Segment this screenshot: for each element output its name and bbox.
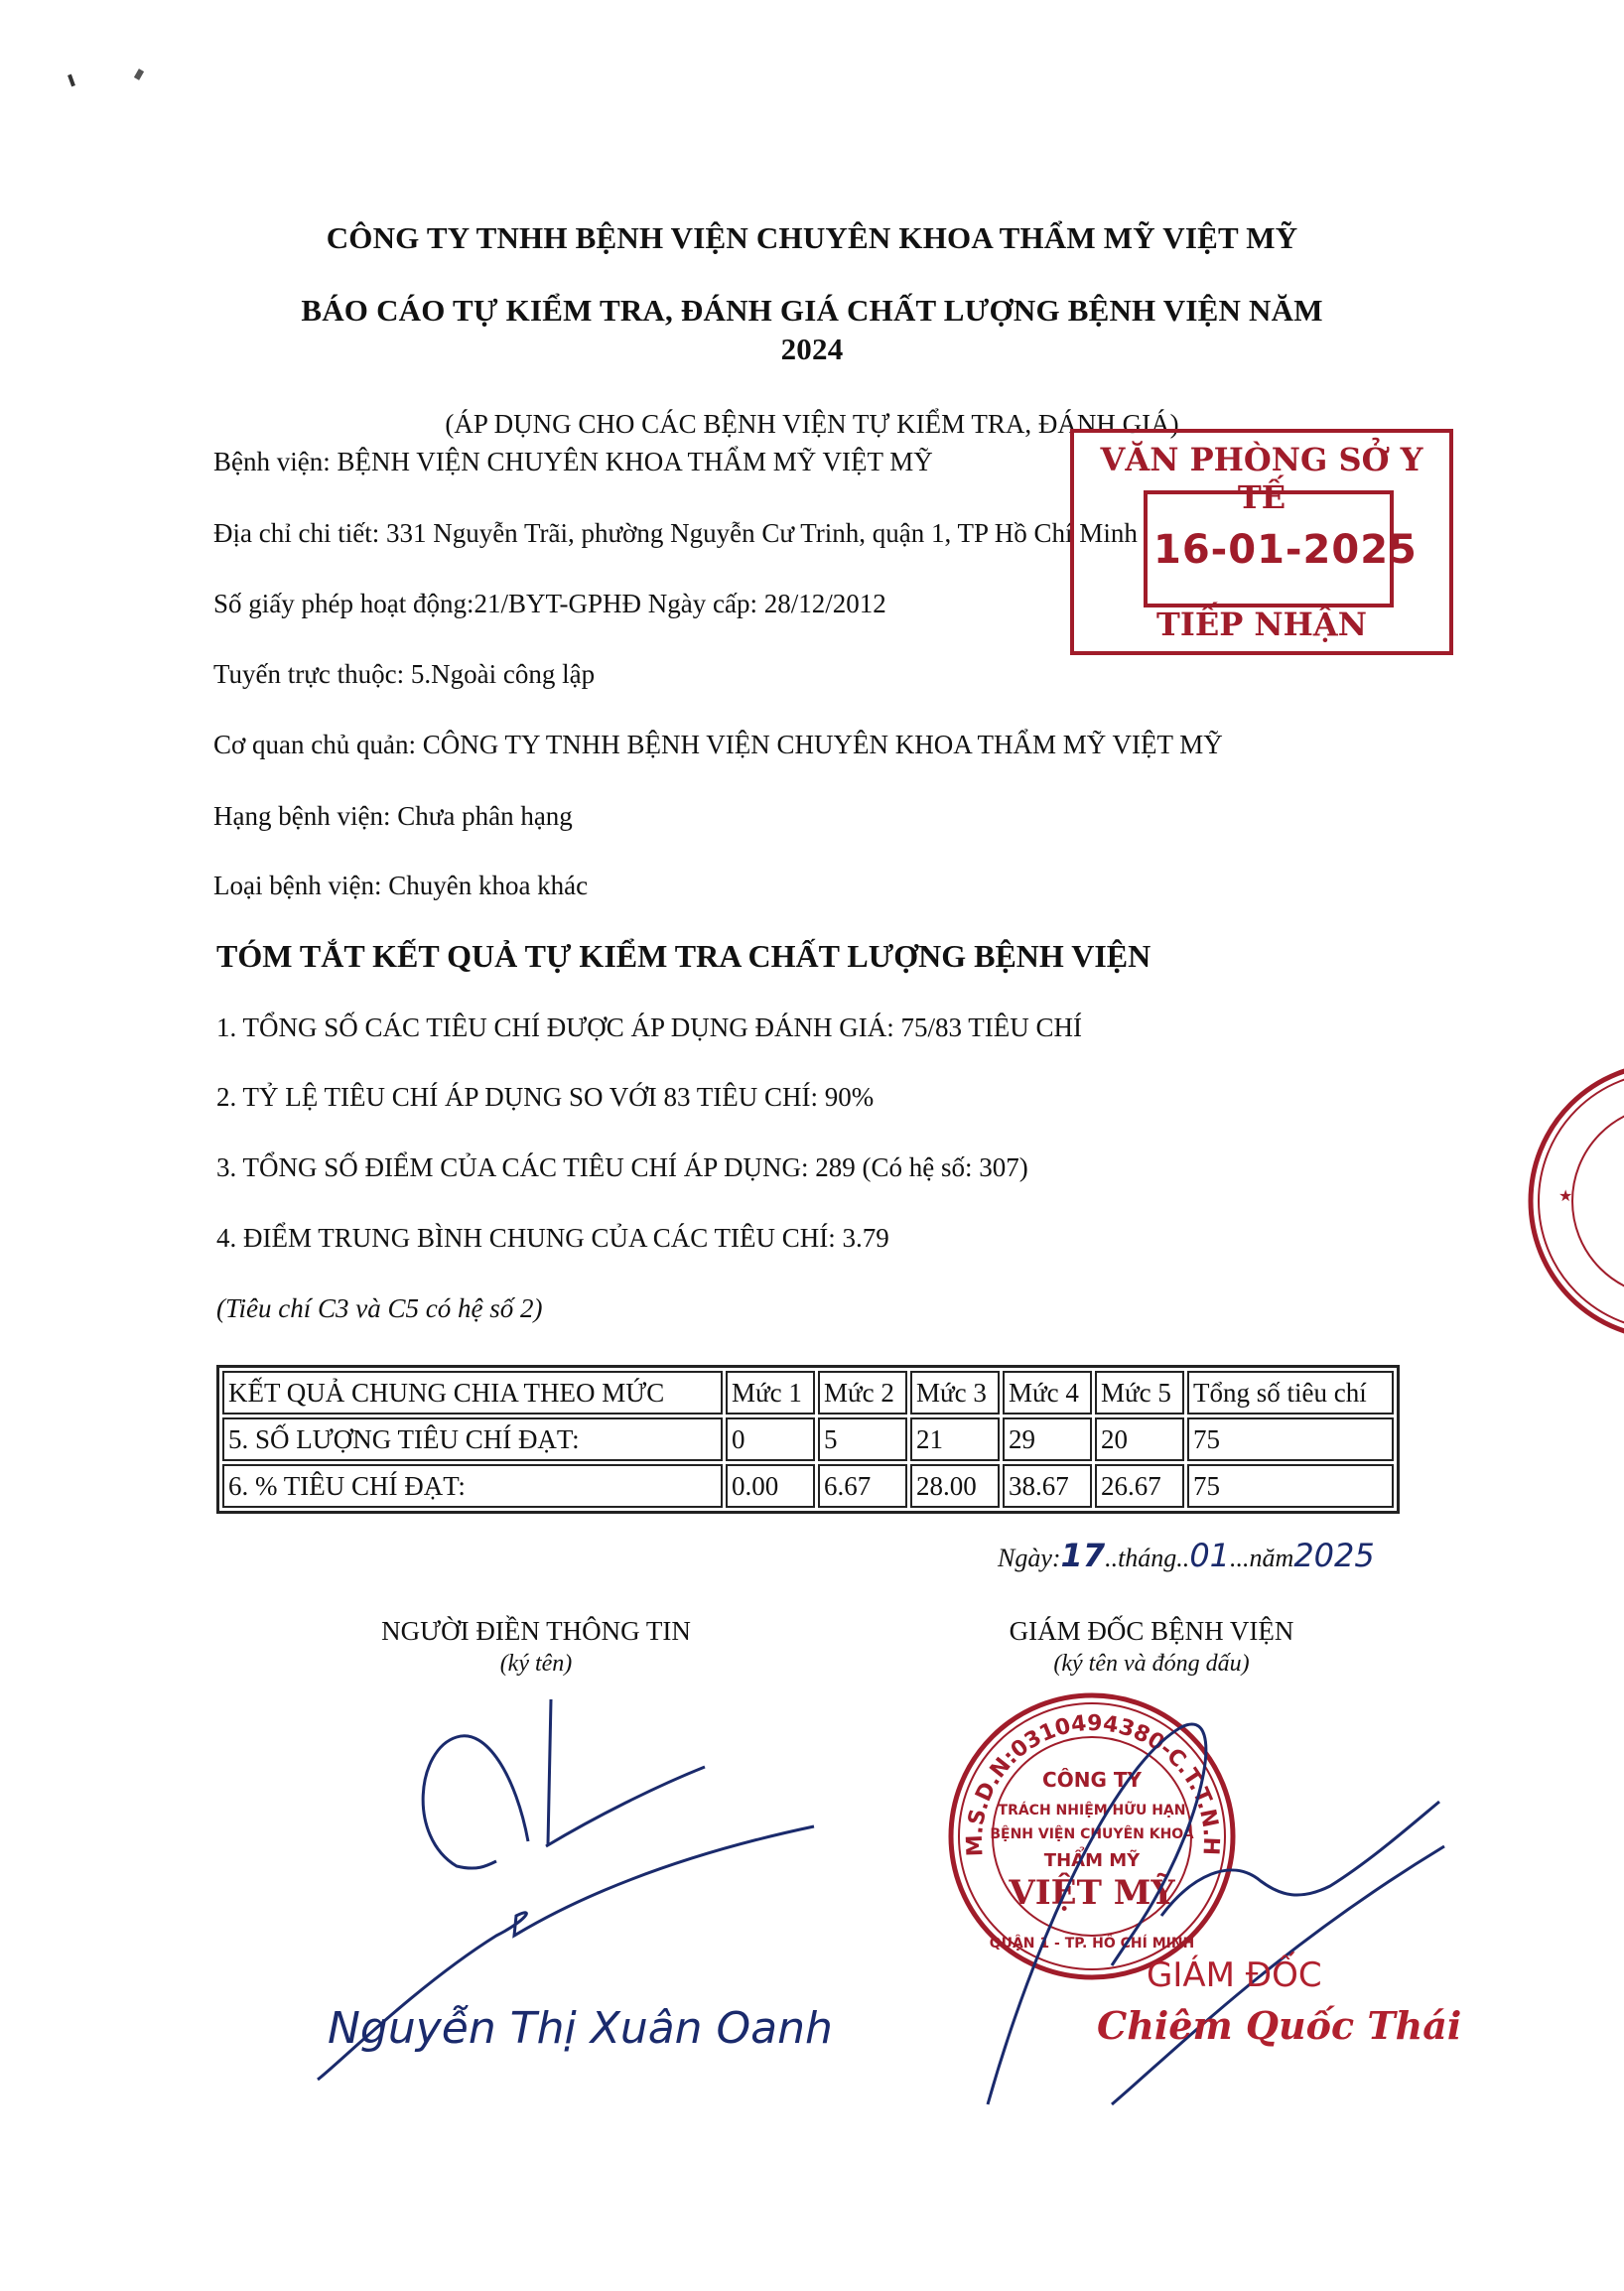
scan-mark <box>68 74 75 87</box>
table-header: Mức 5 <box>1095 1371 1184 1415</box>
table-row: 5. SỐ LƯỢNG TIÊU CHÍ ĐẠT: 0 5 21 29 20 7… <box>222 1417 1394 1461</box>
date-year: 2025 <box>1293 1537 1374 1574</box>
report-year: 2024 <box>0 332 1624 367</box>
table-row: 6. % TIÊU CHÍ ĐẠT: 0.00 6.67 28.00 38.67… <box>222 1464 1394 1508</box>
table-cell: 75 <box>1187 1417 1394 1461</box>
table-header: Mức 2 <box>818 1371 907 1415</box>
filler-subtitle: (ký tên) <box>338 1651 735 1678</box>
director-subtitle: (ký tên và đóng dấu) <box>953 1651 1350 1678</box>
director-position: GIÁM ĐỐC <box>1147 1955 1322 1995</box>
table-cell: 26.67 <box>1095 1464 1184 1508</box>
table-cell: 5. SỐ LƯỢNG TIÊU CHÍ ĐẠT: <box>222 1417 723 1461</box>
table-header-row: KẾT QUẢ CHUNG CHIA THEO MỨC Mức 1 Mức 2 … <box>222 1371 1394 1415</box>
results-table: KẾT QUẢ CHUNG CHIA THEO MỨC Mức 1 Mức 2 … <box>216 1365 1400 1514</box>
company-title: CÔNG TY TNHH BỆNH VIỆN CHUYÊN KHOA THẨM … <box>0 220 1624 256</box>
table-cell: 6. % TIÊU CHÍ ĐẠT: <box>222 1464 723 1508</box>
stamp-date: 16-01-2025 <box>1153 527 1418 573</box>
table-header: Mức 3 <box>910 1371 1000 1415</box>
table-cell: 28.00 <box>910 1464 1000 1508</box>
table-header: Mức 1 <box>726 1371 815 1415</box>
date-day: 17 <box>1061 1537 1106 1574</box>
filler-name: Nguyễn Thị Xuân Oanh <box>328 2003 833 2054</box>
table-cell: 20 <box>1095 1417 1184 1461</box>
director-title: GIÁM ĐỐC BỆNH VIỆN <box>953 1616 1350 1647</box>
table-cell: 38.67 <box>1003 1464 1092 1508</box>
date-month: 01 <box>1189 1537 1230 1574</box>
hospital-line: Tuyến trực thuộc: 5.Ngoài công lập <box>213 659 595 690</box>
table-cell: 5 <box>818 1417 907 1461</box>
summary-item: 2. TỶ LỆ TIÊU CHÍ ÁP DỤNG SO VỚI 83 TIÊU… <box>216 1082 874 1113</box>
scan-mark <box>134 68 144 80</box>
summary-heading: TÓM TẮT KẾT QUẢ TỰ KIỂM TRA CHẤT LƯỢNG B… <box>216 938 1150 975</box>
table-cell: 6.67 <box>818 1464 907 1508</box>
summary-item: 1. TỔNG SỐ CÁC TIÊU CHÍ ĐƯỢC ÁP DỤNG ĐÁN… <box>216 1012 1082 1043</box>
hospital-rank: Hạng bệnh viện: Chưa phân hạng <box>213 801 573 832</box>
coefficient-note: (Tiêu chí C3 và C5 có hệ số 2) <box>216 1293 542 1324</box>
hospital-address: Địa chỉ chi tiết: 331 Nguyễn Trãi, phườn… <box>213 518 1138 549</box>
table-header: KẾT QUẢ CHUNG CHIA THEO MỨC <box>222 1371 723 1415</box>
partial-seal-icon: ★ <box>1519 1062 1624 1340</box>
summary-item: 3. TỔNG SỐ ĐIỂM CỦA CÁC TIÊU CHÍ ÁP DỤNG… <box>216 1152 1028 1183</box>
license-info: Số giấy phép hoạt động:21/BYT-GPHĐ Ngày … <box>213 589 886 619</box>
date-line: Ngày:17..tháng..01...năm2025 <box>998 1537 1375 1574</box>
receipt-stamp: VĂN PHÒNG SỞ Y TẾ 16-01-2025 TIẾP NHẬN <box>1070 429 1453 655</box>
table-cell: 21 <box>910 1417 1000 1461</box>
hospital-type: Loại bệnh viện: Chuyên khoa khác <box>213 871 588 901</box>
director-signature-icon <box>933 1687 1449 2114</box>
stamp-label: TIẾP NHẬN <box>1074 606 1449 643</box>
filler-title: NGƯỜI ĐIỀN THÔNG TIN <box>338 1616 735 1647</box>
table-cell: 0.00 <box>726 1464 815 1508</box>
table-cell: 0 <box>726 1417 815 1461</box>
director-name: Chiêm Quốc Thái <box>1097 2003 1461 2048</box>
report-title: BÁO CÁO TỰ KIỂM TRA, ĐÁNH GIÁ CHẤT LƯỢNG… <box>0 293 1624 329</box>
svg-text:★: ★ <box>1558 1186 1572 1205</box>
summary-item: 4. ĐIỂM TRUNG BÌNH CHUNG CỦA CÁC TIÊU CH… <box>216 1223 889 1254</box>
hospital-name: Bệnh viện: BỆNH VIỆN CHUYÊN KHOA THẨM MỸ… <box>213 447 933 477</box>
table-header: Tổng số tiêu chí <box>1187 1371 1394 1415</box>
table-header: Mức 4 <box>1003 1371 1092 1415</box>
governing-body: Cơ quan chủ quản: CÔNG TY TNHH BỆNH VIỆN… <box>213 730 1223 760</box>
table-cell: 29 <box>1003 1417 1092 1461</box>
table-cell: 75 <box>1187 1464 1394 1508</box>
